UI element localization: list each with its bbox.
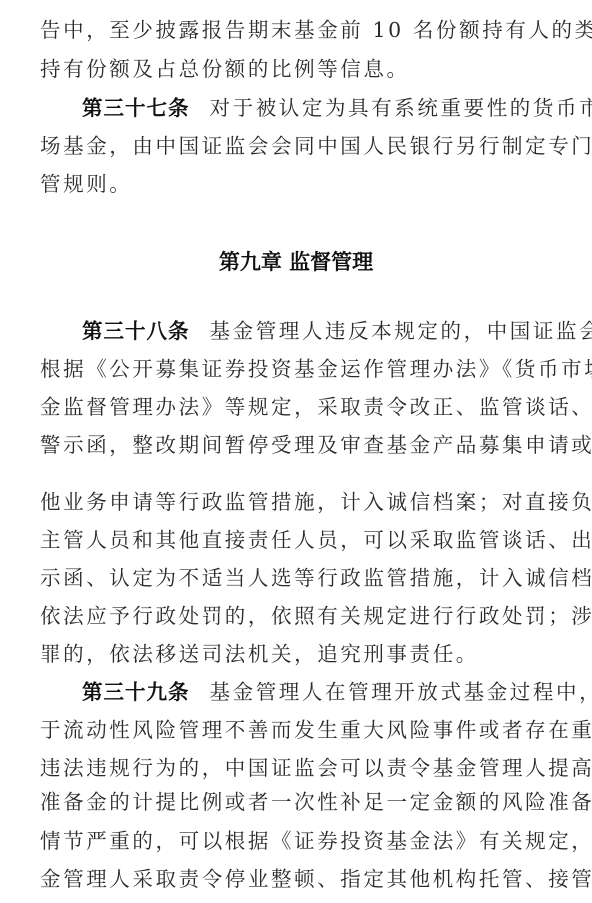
article-38-label: 第三十八条	[82, 319, 190, 343]
article-39-label: 第三十九条	[82, 680, 190, 704]
text-line: 于流动性风险管理不善而发生重大风险事件或者存在重大	[40, 718, 560, 742]
text-line: 违法违规行为的，中国证监会可以责令基金管理人提高风险	[40, 756, 560, 780]
text-line: 管规则。	[40, 172, 560, 196]
text-line: 依法应予行政处罚的，依照有关规定进行行政处罚；涉嫌犯	[40, 604, 560, 628]
text-line: 金管理人采取责令停业整顿、指定其他机构托管、接管、取	[40, 867, 560, 891]
text-line: 基金管理人违反本规定的，中国证监会可	[210, 319, 592, 343]
article-39-first-line: 第三十九条基金管理人在管理开放式基金过程中，由	[82, 680, 560, 704]
text-line: 准备金的计提比例或者一次性补足一定金额的风险准备金；	[40, 790, 560, 814]
text-line: 他业务申请等行政监管措施，计入诚信档案；对直接负责的	[40, 490, 560, 514]
article-37-first-line: 第三十七条对于被认定为具有系统重要性的货币市	[82, 96, 560, 120]
text-line: 持有份额及占总份额的比例等信息。	[40, 57, 560, 81]
text-line: 情节严重的，可以根据《证券投资基金法》有关规定，对基	[40, 829, 560, 853]
text-line: 对于被认定为具有系统重要性的货币市	[210, 96, 592, 120]
article-37-label: 第三十七条	[82, 96, 190, 120]
text-line: 根据《公开募集证券投资基金运作管理办法》《货币市场基	[40, 357, 560, 381]
article-38-first-line: 第三十八条基金管理人违反本规定的，中国证监会可	[82, 319, 560, 343]
text-line: 警示函，整改期间暂停受理及审查基金产品募集申请或者其	[40, 433, 560, 457]
text-line: 金监督管理办法》等规定，采取责令改正、监管谈话、出具	[40, 395, 560, 419]
text-line: 告中，至少披露报告期末基金前 10 名份额持有人的类别、	[40, 18, 560, 42]
text-line: 场基金，由中国证监会会同中国人民银行另行制定专门的监	[40, 134, 560, 158]
text-line: 示函、认定为不适当人选等行政监管措施，计入诚信档案。	[40, 566, 560, 590]
text-line: 基金管理人在管理开放式基金过程中，由	[210, 680, 592, 704]
text-line: 主管人员和其他直接责任人员，可以采取监管谈话、出具警	[40, 528, 560, 552]
chapter-heading: 第九章 监督管理	[0, 246, 592, 276]
text-line: 罪的，依法移送司法机关，追究刑事责任。	[40, 642, 560, 666]
document-page: 告中，至少披露报告期末基金前 10 名份额持有人的类别、 持有份额及占总份额的比…	[0, 0, 592, 903]
